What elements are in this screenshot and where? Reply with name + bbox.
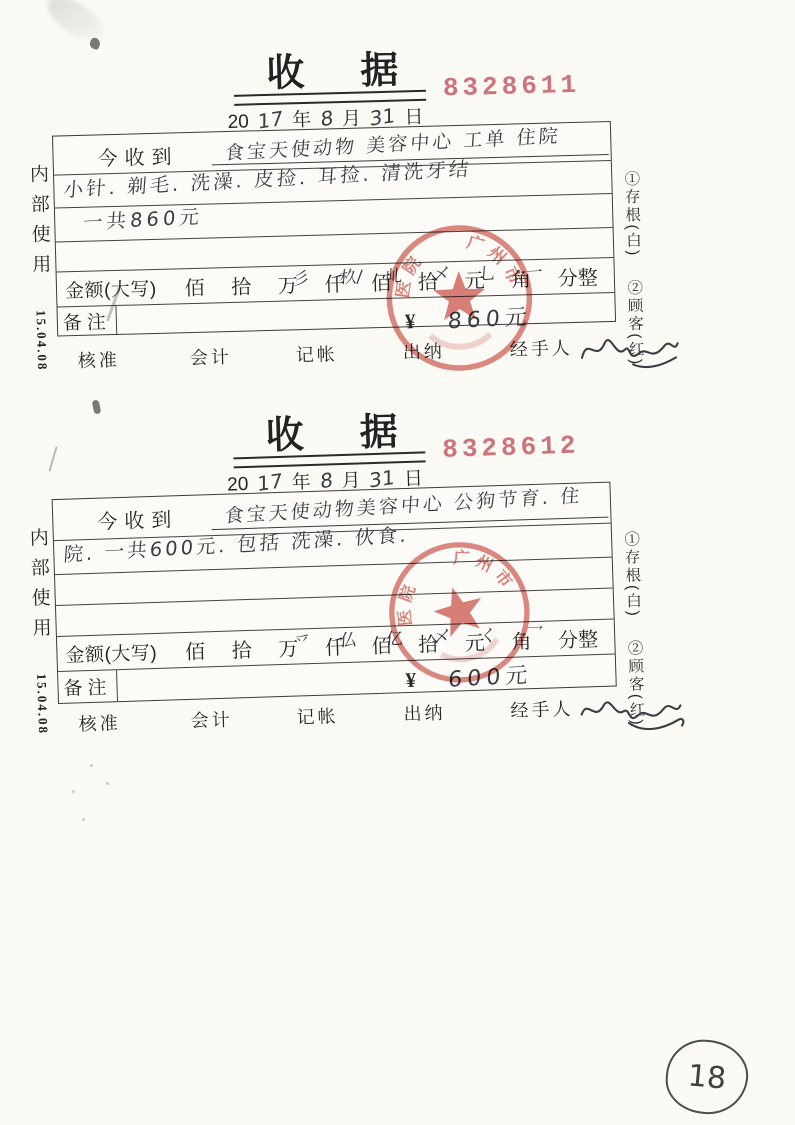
copy1-stub-white: ①存根(白): [619, 170, 643, 258]
amount-words-label: 金额(大写): [57, 273, 157, 303]
serial-number-stamp: 8328611: [442, 70, 580, 104]
title-char: 据: [360, 39, 399, 95]
accountant-label: 会计: [189, 343, 232, 370]
remark-label: 备注: [57, 306, 117, 336]
title-char: 据: [359, 400, 399, 456]
accountant-label: 会计: [190, 706, 233, 733]
signature-row: 核准 会计 记帐 出纳 经手人: [78, 692, 654, 756]
handler-signature: [577, 325, 682, 374]
bookkeeper-label: 记帐: [296, 702, 339, 729]
handwritten-mark: 杦/: [338, 262, 363, 288]
remark-label: 备注: [58, 670, 118, 703]
page-number-circle: 18: [663, 1037, 751, 1118]
internal-use-text: 内部使用: [27, 164, 51, 285]
svg-text:广: 广: [465, 232, 487, 256]
handwritten-mark: 彡: [292, 263, 311, 289]
star-icon: [428, 581, 489, 640]
handwritten-mark: 乊: [292, 626, 311, 652]
handler-label: 经手人: [510, 695, 574, 723]
bookkeeper-label: 记帐: [295, 340, 338, 367]
handler-signature: [578, 685, 690, 740]
star-icon: [433, 270, 486, 320]
title-char: 收: [266, 41, 305, 97]
red-hospital-seal: 广 州 市 医 院: [372, 211, 546, 385]
serial-number-stamp: 8328612: [442, 431, 580, 465]
copy1-stub-white: ①存根(白): [619, 531, 644, 619]
svg-text:医: 医: [396, 608, 416, 627]
form-version-code: 15.04.08: [33, 310, 51, 372]
svg-text:医: 医: [393, 280, 414, 300]
internal-use-vertical-label: 内部使用 15.04.08: [24, 164, 56, 372]
amount-words-label: 金额(大写): [57, 637, 157, 667]
receipt-1: 收 据 8328611 20 17 年 8 月 31 日 内部使用 15.04.…: [11, 17, 675, 399]
page-number: 18: [686, 1058, 727, 1096]
internal-use-vertical-label: 内部使用 15.04.08: [24, 527, 58, 736]
title-char: 收: [265, 403, 305, 459]
handwritten-line-3: 一共860元: [82, 201, 204, 235]
form-version-code: 15.04.08: [33, 674, 51, 736]
scan-dots: [60, 760, 120, 840]
approve-label: 核准: [78, 346, 121, 373]
internal-use-text: 内部使用: [27, 527, 52, 648]
approve-label: 核准: [78, 709, 121, 736]
receipt-2: 收 据 8328612 20 17 年 8 月 31 日 内部使用 15.04.…: [10, 378, 676, 763]
received-label: 今收到: [97, 503, 179, 535]
received-label: 今收到: [97, 140, 179, 171]
svg-text:广: 广: [453, 548, 470, 568]
handwritten-mark: 仏: [339, 625, 358, 651]
